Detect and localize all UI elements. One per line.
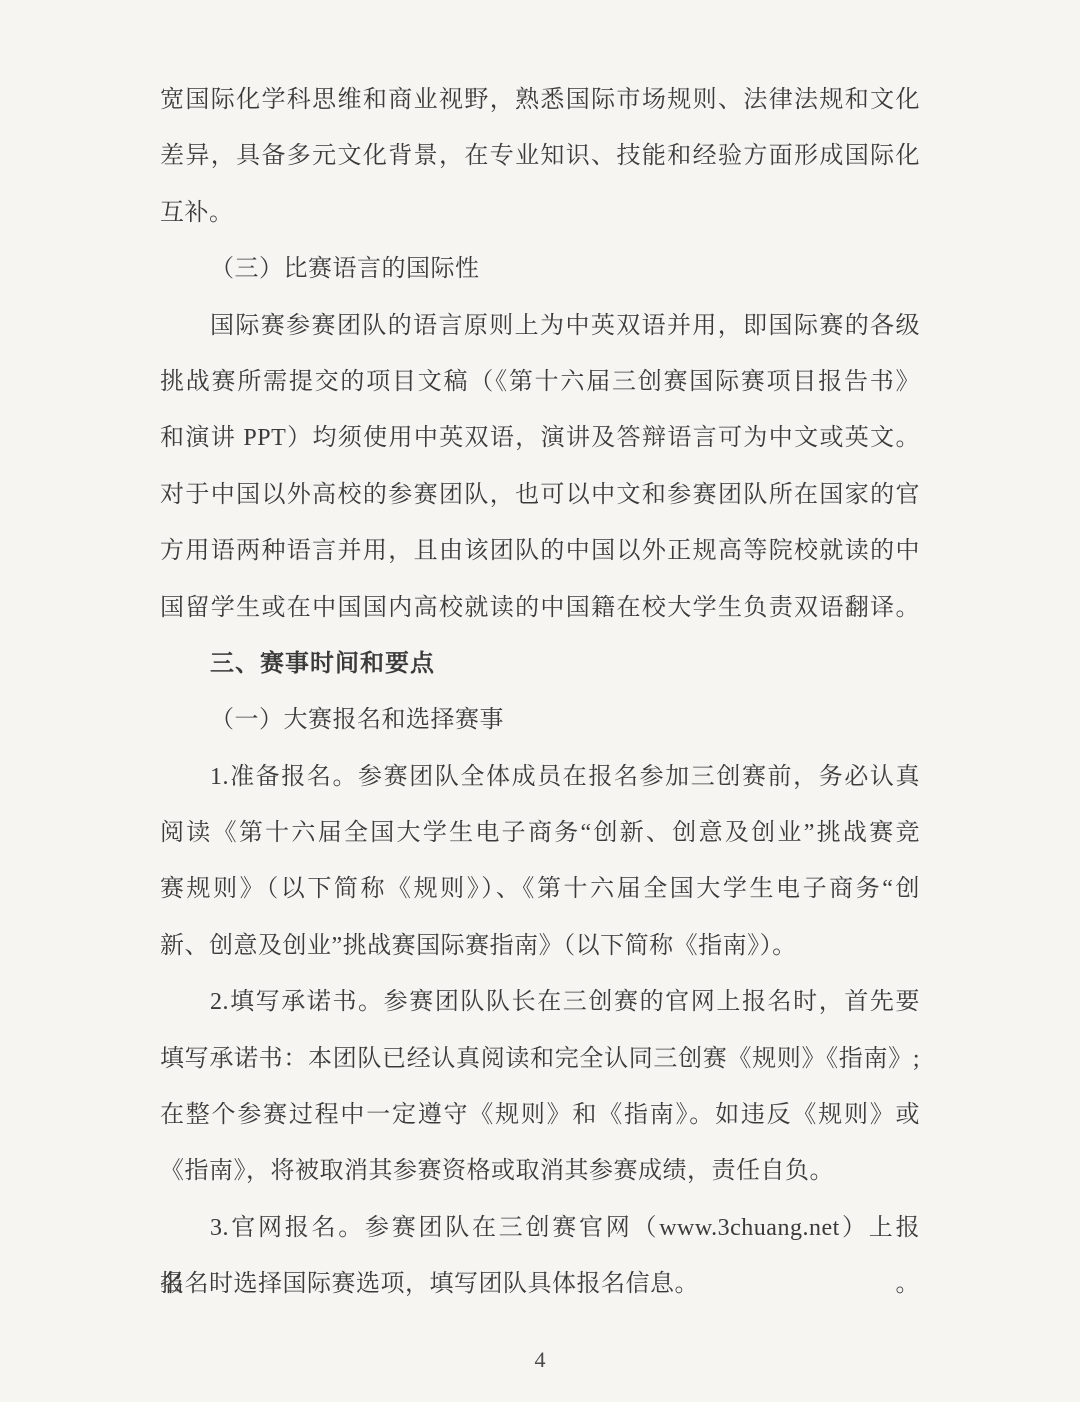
subsection-heading: （三）比赛语言的国际性 (160, 241, 920, 297)
paragraph-line: 阅读《第十六届全国大学生电子商务“创新、创意及创业”挑战赛竞 (160, 805, 920, 861)
paragraph-line: 挑战赛所需提交的项目文稿（《第十六届三创赛国际赛项目报告书》 (160, 354, 920, 410)
paragraph-line: 填写承诺书：本团队已经认真阅读和完全认同三创赛《规则》《指南》; (160, 1031, 920, 1087)
paragraph-line: 在整个参赛过程中一定遵守《规则》和《指南》。如违反《规则》或 (160, 1087, 920, 1143)
paragraph-line: 3.官网报名。参赛团队在三创赛官网（www.3chuang.net）上报名。 (160, 1200, 920, 1256)
paragraph-line: 国留学生或在中国国内高校就读的中国籍在校大学生负责双语翻译。 (160, 580, 920, 636)
subsection-heading: （一）大赛报名和选择赛事 (160, 692, 920, 748)
paragraph-line: 对于中国以外高校的参赛团队，也可以中文和参赛团队所在国家的官 (160, 467, 920, 523)
page-number: 4 (0, 1346, 1080, 1374)
document-page: 宽国际化学科思维和商业视野，熟悉国际市场规则、法律法规和文化 差异，具备多元文化… (0, 0, 1080, 1402)
paragraph-line: 差异，具备多元文化背景，在专业知识、技能和经验方面形成国际化 (160, 128, 920, 184)
section-heading: 三、赛事时间和要点 (160, 636, 920, 692)
paragraph-line: 和演讲 PPT）均须使用中英双语，演讲及答辩语言可为中文或英文。 (160, 410, 920, 466)
paragraph-line: 互补。 (160, 185, 920, 241)
paragraph-line: 方用语两种语言并用，且由该团队的中国以外正规高等院校就读的中 (160, 523, 920, 579)
paragraph-line: 赛规则》（以下简称《规则》）、《第十六届全国大学生电子商务“创 (160, 861, 920, 917)
paragraph-line: 新、创意及创业”挑战赛国际赛指南》（以下简称《指南》）。 (160, 918, 920, 974)
document-body: 宽国际化学科思维和商业视野，熟悉国际市场规则、法律法规和文化 差异，具备多元文化… (160, 72, 920, 1313)
paragraph-line: 2.填写承诺书。参赛团队队长在三创赛的官网上报名时，首先要 (160, 974, 920, 1030)
paragraph-line: 《指南》，将被取消其参赛资格或取消其参赛成绩，责任自负。 (160, 1143, 920, 1199)
paragraph-line: 宽国际化学科思维和商业视野，熟悉国际市场规则、法律法规和文化 (160, 72, 920, 128)
paragraph-line: 国际赛参赛团队的语言原则上为中英双语并用，即国际赛的各级 (160, 298, 920, 354)
paragraph-line: 1.准备报名。参赛团队全体成员在报名参加三创赛前，务必认真 (160, 749, 920, 805)
